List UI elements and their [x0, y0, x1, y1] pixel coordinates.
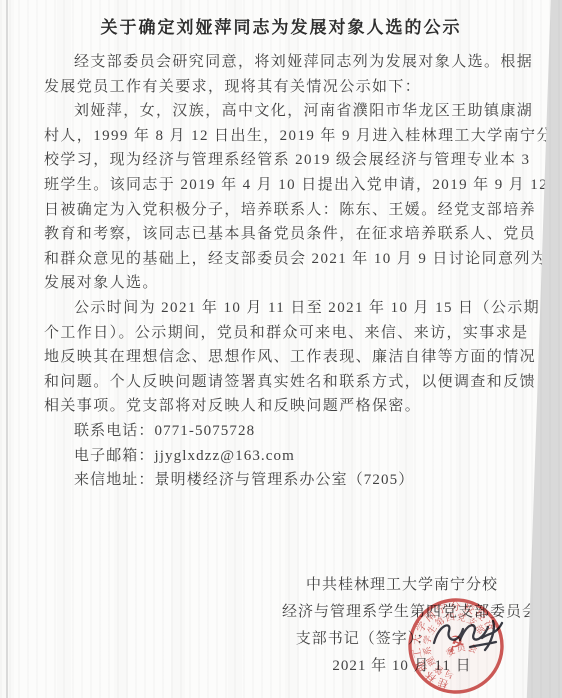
- paragraph-intro: 经支部委员会研究同意，将刘娅萍同志列为发展对象人选。根据发展党员工作有关要求，现…: [44, 50, 522, 99]
- text-line: 教育和考察，该同志已基本具备党员条件，在征求培养联系人、党员: [44, 222, 522, 247]
- text-line: 班学生。该同志于 2019 年 4 月 10 日提出入党申请，2019 年 9 …: [44, 173, 522, 198]
- text-line: 公示时间为 2021 年 10 月 11 日至 2021 年 10 月 15 日…: [44, 296, 522, 321]
- text-line: 地反映其在理想信念、思想作风、工作表现、廉洁自律等方面的情况: [44, 345, 522, 370]
- text-line: 经支部委员会研究同意，将刘娅萍同志列为发展对象人选。根据: [44, 50, 522, 75]
- document-body: 经支部委员会研究同意，将刘娅萍同志列为发展对象人选。根据发展党员工作有关要求，现…: [44, 50, 522, 493]
- text-line: 发展党员工作有关要求，现将其有关情况公示如下：: [44, 75, 522, 100]
- text-line: 和问题。个人反映问题请签署真实姓名和联系方式，以便调查和反馈: [44, 370, 522, 395]
- scanned-document-page: 关于确定刘娅萍同志为发展对象人选的公示 经支部委员会研究同意，将刘娅萍同志列为发…: [0, 0, 562, 698]
- text-line: 个工作日）。公示期间，党员和群众可来电、来信、来访，实事求是: [44, 321, 522, 346]
- org-name-line1: 中共桂林理工大学南宁分校: [282, 572, 522, 599]
- text-line: 日被确定为入党积极分子，培养联系人：陈东、王媛。经党支部培养: [44, 198, 522, 223]
- text-line: 联系电话：0771-5075728: [44, 419, 522, 444]
- text-line: 和群众意见的基础上，经支部委员会 2021 年 10 月 9 日讨论同意列为: [44, 247, 522, 272]
- document-title: 关于确定刘娅萍同志为发展对象人选的公示: [0, 13, 562, 38]
- scan-edge-left: [6, 0, 8, 698]
- text-line: 相关事项。党支部将对反映人和反映问题严格保密。: [44, 394, 522, 419]
- paragraph-biography: 刘娅萍，女，汉族，高中文化，河南省濮阳市华龙区王助镇康湖村人，1999 年 8 …: [44, 99, 522, 296]
- text-line: 校学习，现为经济与管理系经管系 2019 级会展经济与管理专业本 3: [44, 148, 522, 173]
- text-line: 电子邮箱：jjyglxdzz@163.com: [44, 444, 522, 469]
- text-line: 刘娅萍，女，汉族，高中文化，河南省濮阳市华龙区王助镇康湖: [44, 99, 522, 124]
- official-seal: 桂林理工大学南宁分校经济 与管理系学生第四党支部 ☭ 委员会: [406, 596, 506, 696]
- text-line: 发展对象人选。: [44, 271, 522, 296]
- text-line: 来信地址：景明楼经济与管理系办公室（7205）: [44, 468, 522, 493]
- text-line: 村人，1999 年 8 月 12 日出生，2019 年 9 月进入桂林理工大学南…: [44, 124, 522, 149]
- paragraph-publicity-period: 公示时间为 2021 年 10 月 11 日至 2021 年 10 月 15 日…: [44, 296, 522, 419]
- contact-info: 联系电话：0771-5075728电子邮箱：jjyglxdzz@163.com来…: [44, 419, 522, 493]
